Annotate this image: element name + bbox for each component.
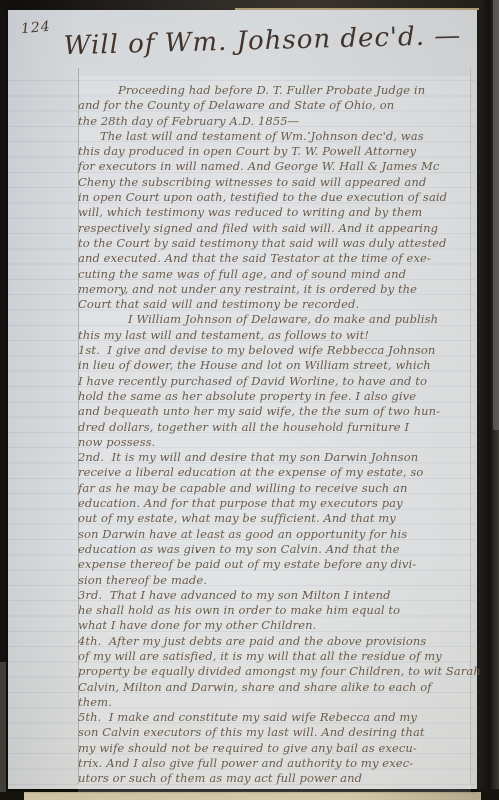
manuscript-line: 4th. After my just debts are paid and th…: [78, 634, 477, 649]
manuscript-line: Cheny the subscribing witnesses to said …: [78, 175, 477, 190]
manuscript-line: property be equally divided amongst my f…: [78, 664, 477, 679]
manuscript-line: dred dollars, together with all the hous…: [78, 420, 477, 435]
manuscript-line: Proceeding had before D. T. Fuller Proba…: [78, 83, 477, 98]
manuscript-line: I have recently purchased of David Worli…: [78, 374, 477, 389]
book-edge-right-highlight: [493, 0, 499, 430]
manuscript-line: respectively signed and filed with said …: [78, 221, 477, 236]
ink-speck: [196, 550, 198, 553]
manuscript-line: hold the same as her absolute property i…: [78, 389, 477, 404]
manuscript-line: expense thereof be paid out of my estate…: [78, 557, 477, 572]
manuscript-line: and executed. And that the said Testator…: [78, 251, 477, 266]
manuscript-line: utors or such of them as may act full po…: [78, 771, 477, 786]
manuscript-line: education. And for that purpose that my …: [78, 496, 477, 511]
manuscript-line: this day produced in open Court by T. W.…: [78, 144, 477, 159]
ink-speck: [308, 132, 310, 134]
manuscript-line: cuting the same was of full age, and of …: [78, 267, 477, 282]
manuscript-line: 2nd. It is my will and desire that my so…: [78, 450, 477, 465]
manuscript-line: trix. And I also give full power and aut…: [78, 756, 477, 771]
manuscript-line: Court that said will and testimony be re…: [78, 297, 477, 312]
manuscript-line: 1st. I give and devise to my beloved wif…: [78, 343, 477, 358]
manuscript-line: in open Court upon oath, testified to th…: [78, 190, 477, 205]
page-number: 124: [20, 19, 51, 38]
manuscript-line: and for the County of Delaware and State…: [78, 98, 477, 113]
manuscript-line: will, which testimony was reduced to wri…: [78, 205, 477, 220]
manuscript-line: 5th. I make and constitute my said wife …: [78, 710, 477, 725]
page-top-edge-highlight: [235, 8, 479, 10]
manuscript-line: to the Court by said testimony that said…: [78, 236, 477, 251]
manuscript-line: son Calvin executors of this my last wil…: [78, 725, 477, 740]
manuscript-line: receive a liberal education at the expen…: [78, 465, 477, 480]
document-title: Will of Wm. Johson dec'd. —: [53, 21, 473, 62]
manuscript-line: I William Johnson of Delaware, do make a…: [78, 312, 477, 327]
manuscript-line: Calvin, Milton and Darwin, share and sha…: [78, 680, 477, 695]
manuscript-line: for executors in will named. And George …: [78, 159, 477, 174]
manuscript-line: education as was given to my son Calvin.…: [78, 542, 477, 557]
manuscript-line: son Darwin have at least as good an oppo…: [78, 527, 477, 542]
book-edge-left-highlight: [0, 662, 6, 792]
manuscript-line: The last will and testament of Wm. Johns…: [78, 129, 477, 144]
manuscript-line: sion thereof be made.: [78, 573, 477, 588]
manuscript-line: in lieu of dower, the House and lot on W…: [78, 358, 477, 373]
manuscript-line: of my will are satisfied, it is my will …: [78, 649, 477, 664]
manuscript-line: what I have done for my other Children.: [78, 618, 477, 633]
manuscript-line: the 28th day of February A.D. 1855—: [78, 114, 477, 129]
probate-record-scan: 124 Will of Wm. Johson dec'd. — Proceedi…: [0, 0, 499, 800]
manuscript-line: out of my estate, what may be sufficient…: [78, 511, 477, 526]
manuscript-line: this my last will and testament, as foll…: [78, 328, 477, 343]
manuscript-line: my wife should not be required to give a…: [78, 741, 477, 756]
underlying-page-edge: [24, 792, 481, 800]
manuscript-line: and bequeath unto her my said wife, the …: [78, 404, 477, 419]
manuscript-line: far as he may be capable and willing to …: [78, 481, 477, 496]
manuscript-line: 3rd. That I have advanced to my son Milt…: [78, 588, 477, 603]
manuscript-line: he shall hold as his own in order to mak…: [78, 603, 477, 618]
manuscript-body: Proceeding had before D. T. Fuller Proba…: [78, 83, 477, 787]
manuscript-line: them.: [78, 695, 477, 710]
manuscript-line: memory, and not under any restraint, it …: [78, 282, 477, 297]
manuscript-paper: 124 Will of Wm. Johson dec'd. — Proceedi…: [8, 10, 477, 789]
manuscript-line: now possess.: [78, 435, 477, 450]
